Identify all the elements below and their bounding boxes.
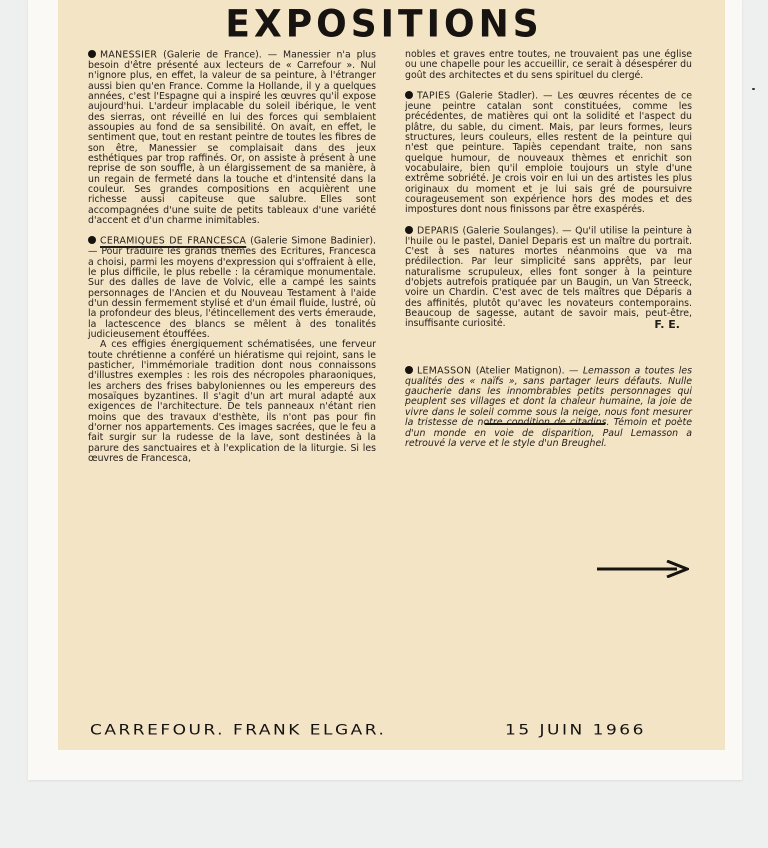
review-manessier: MANESSIER (Galerie de France). — Manessi…	[88, 50, 376, 226]
artist-name: TAPIES	[417, 91, 451, 102]
section-divider	[485, 423, 605, 425]
bullet-icon	[405, 226, 413, 234]
handwritten-source: CARREFOUR. FRANK ELGAR.	[90, 722, 386, 739]
bullet-icon	[405, 91, 413, 99]
review-text: — Qu'il utilise la peinture à l'huile ou…	[405, 225, 692, 329]
left-column: MANESSIER (Galerie de France). — Manessi…	[88, 50, 376, 464]
review-francesca-continued: A ces effigies énergiquement schématisée…	[88, 340, 376, 464]
artist-name: DEPARIS	[417, 225, 459, 236]
venue: (Galerie Simone Badinier).	[250, 236, 376, 247]
review-deparis: DEPARIS (Galerie Soulanges). — Qu'il uti…	[405, 226, 692, 330]
artist-name: CERAMIQUES DE FRANCESCA	[100, 236, 246, 247]
artist-name: MANESSIER	[100, 50, 157, 61]
handwritten-date: 15 JUIN 1966	[505, 722, 646, 739]
venue: (Galerie de France).	[163, 50, 262, 61]
review-lemasson: LEMASSON (Atelier Matignon). — Lemasson …	[405, 366, 692, 449]
bullet-icon	[88, 50, 96, 58]
right-column: nobles et graves entre toutes, ne trouva…	[405, 50, 692, 459]
review-francesca-end: nobles et graves entre toutes, ne trouva…	[405, 50, 692, 81]
bullet-icon	[405, 366, 413, 374]
bullet-icon	[88, 236, 96, 244]
review-francesca: CERAMIQUES DE FRANCESCA (Galerie Simone …	[88, 236, 376, 340]
venue: (Galerie Stadler).	[456, 91, 539, 102]
venue: (Atelier Matignon).	[476, 365, 565, 376]
review-text: — Lemasson a toutes les qualités des « n…	[405, 365, 692, 448]
dust-speck	[752, 88, 755, 90]
venue: (Galerie Soulanges).	[463, 225, 559, 236]
article-title: EXPOSITIONS	[0, 3, 768, 46]
artist-name: LEMASSON	[417, 365, 471, 376]
review-text: — Manessier n'a plus besoin d'être prése…	[88, 50, 376, 227]
review-text: — Les œuvres récentes de ce jeune peintr…	[405, 91, 692, 216]
review-text: — Pour traduire les grands thèmes des Ec…	[88, 246, 376, 340]
review-tapies: TAPIES (Galerie Stadler). — Les œuvres r…	[405, 91, 692, 216]
right-arrow-icon	[597, 560, 689, 578]
